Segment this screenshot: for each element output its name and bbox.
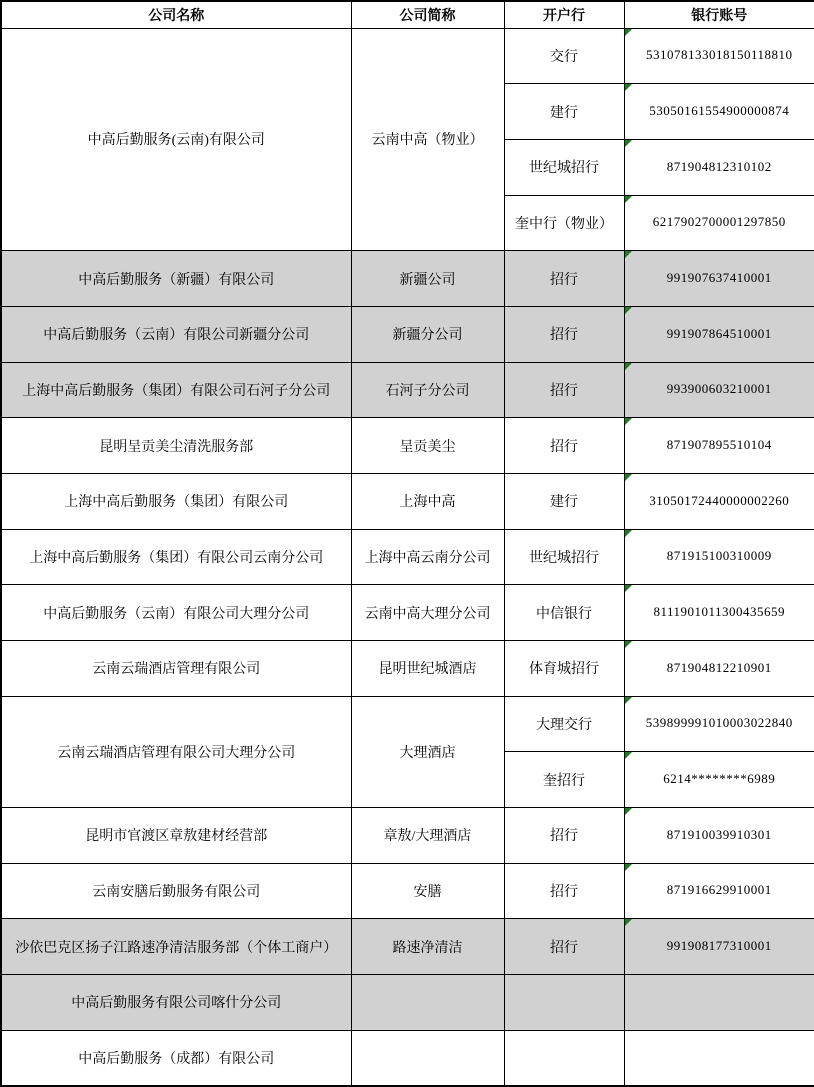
bank-branch-cell[interactable]: 世纪城招行 <box>504 529 624 585</box>
stored-as-text-flag-icon <box>625 752 632 759</box>
header-company-abbr[interactable]: 公司简称 <box>351 1 504 28</box>
account-number-cell[interactable]: 871915100310009 <box>624 529 814 585</box>
bank-branch-cell[interactable]: 招行 <box>504 306 624 362</box>
company-name-cell-text: 中高后勤服务（新疆）有限公司 <box>78 269 274 289</box>
company-abbr-cell[interactable]: 大理酒店 <box>351 696 504 807</box>
header-bank-branch[interactable]: 开户行 <box>504 1 624 28</box>
company-name-cell-text: 中高后勤服务(云南)有限公司 <box>88 129 265 149</box>
table-body: 中高后勤服务(云南)有限公司云南中高（物业）交行5310781330181501… <box>1 28 814 1086</box>
bank-branch-cell[interactable]: 招行 <box>504 807 624 863</box>
account-number-cell[interactable] <box>624 1030 814 1086</box>
company-abbr-cell[interactable] <box>351 974 504 1030</box>
company-name-cell-text: 中高后勤服务（云南）有限公司新疆分公司 <box>43 324 309 344</box>
company-abbr-cell[interactable] <box>351 1030 504 1086</box>
bank-branch-cell-text: 交行 <box>550 46 578 66</box>
company-abbr-cell[interactable]: 上海中高云南分公司 <box>351 529 504 585</box>
account-number-cell-text: 871907895510104 <box>667 437 772 453</box>
bank-branch-cell-text: 招行 <box>550 436 578 456</box>
table-row: 中高后勤服务（云南）有限公司大理分公司云南中高大理分公司中信银行81119010… <box>1 585 814 641</box>
account-number-cell-text: 53050161554900000874 <box>649 103 789 119</box>
bank-branch-cell-text: 招行 <box>550 937 578 957</box>
bank-branch-cell-text: 中信银行 <box>536 603 592 623</box>
company-name-cell[interactable]: 云南云瑞酒店管理有限公司大理分公司 <box>1 696 351 807</box>
header-bank-branch-label: 开户行 <box>543 5 585 25</box>
header-company-name-label: 公司名称 <box>148 5 204 25</box>
bank-branch-cell-text: 奎中行（物业） <box>515 213 613 233</box>
company-abbr-cell-text: 云南中高（物业） <box>372 129 484 149</box>
account-number-cell[interactable]: 6217902700001297850 <box>624 195 814 251</box>
account-number-cell-text: 871916629910001 <box>667 882 772 898</box>
account-number-cell-text: 531078133018150118810 <box>646 47 793 63</box>
account-number-cell[interactable]: 871904812210901 <box>624 640 814 696</box>
company-name-cell[interactable]: 云南云瑞酒店管理有限公司 <box>1 640 351 696</box>
bank-branch-cell[interactable]: 招行 <box>504 362 624 418</box>
bank-branch-cell-text: 奎招行 <box>543 770 585 790</box>
account-number-cell-text: 871904812310102 <box>667 159 772 175</box>
company-name-cell[interactable]: 上海中高后勤服务（集团）有限公司 <box>1 473 351 529</box>
company-abbr-cell[interactable]: 上海中高 <box>351 473 504 529</box>
bank-branch-cell[interactable]: 建行 <box>504 473 624 529</box>
bank-branch-cell[interactable] <box>504 974 624 1030</box>
bank-branch-cell-text: 招行 <box>550 269 578 289</box>
account-number-cell[interactable]: 991907864510001 <box>624 306 814 362</box>
bank-branch-cell-text: 体育城招行 <box>529 658 599 678</box>
table-row: 中高后勤服务（成都）有限公司 <box>1 1030 814 1086</box>
account-number-cell[interactable]: 53050161554900000874 <box>624 84 814 140</box>
company-abbr-cell-text: 大理酒店 <box>400 742 456 762</box>
bank-branch-cell-text: 建行 <box>550 491 578 511</box>
company-name-cell[interactable]: 上海中高后勤服务（集团）有限公司云南分公司 <box>1 529 351 585</box>
header-row: 公司名称 公司简称 开户行 银行账号 <box>1 1 814 28</box>
table-header: 公司名称 公司简称 开户行 银行账号 <box>1 1 814 28</box>
company-name-cell-text: 云南云瑞酒店管理有限公司大理分公司 <box>57 742 295 762</box>
company-name-cell[interactable]: 中高后勤服务（云南）有限公司新疆分公司 <box>1 306 351 362</box>
bank-branch-cell[interactable]: 交行 <box>504 28 624 84</box>
bank-branch-cell-text: 建行 <box>550 102 578 122</box>
bank-branch-cell-text: 大理交行 <box>536 714 592 734</box>
account-number-cell-text: 6217902700001297850 <box>653 214 786 230</box>
account-number-cell[interactable]: 993900603210001 <box>624 362 814 418</box>
table-row: 中高后勤服务(云南)有限公司云南中高（物业）交行5310781330181501… <box>1 28 814 84</box>
header-company-abbr-label: 公司简称 <box>400 5 456 25</box>
account-number-cell-text: 871904812210901 <box>667 660 772 676</box>
company-abbr-cell-text: 昆明世纪城酒店 <box>379 658 477 678</box>
company-abbr-cell-text: 呈贡美尘 <box>400 436 456 456</box>
company-abbr-cell[interactable]: 章敖/大理酒店 <box>351 807 504 863</box>
account-number-cell[interactable]: 991907637410001 <box>624 251 814 307</box>
company-abbr-cell-text: 上海中高云南分公司 <box>365 547 491 567</box>
company-abbr-cell-text: 上海中高 <box>400 491 456 511</box>
bank-branch-cell-text: 世纪城招行 <box>529 547 599 567</box>
stored-as-text-flag-icon <box>625 808 632 815</box>
account-number-cell[interactable]: 871910039910301 <box>624 807 814 863</box>
stored-as-text-flag-icon <box>625 641 632 648</box>
bank-branch-cell-text: 招行 <box>550 380 578 400</box>
company-name-cell-text: 沙依巴克区扬子江路速净清洁服务部（个体工商户） <box>15 937 337 957</box>
account-number-cell-text: 31050172440000002260 <box>649 493 789 509</box>
company-abbr-cell[interactable]: 新疆分公司 <box>351 306 504 362</box>
account-number-cell[interactable]: 6214********6989 <box>624 752 814 808</box>
company-abbr-cell[interactable]: 昆明世纪城酒店 <box>351 640 504 696</box>
company-abbr-cell[interactable]: 石河子分公司 <box>351 362 504 418</box>
company-name-cell[interactable]: 沙依巴克区扬子江路速净清洁服务部（个体工商户） <box>1 919 351 975</box>
stored-as-text-flag-icon <box>625 140 632 147</box>
stored-as-text-flag-icon <box>625 196 632 203</box>
bank-branch-cell[interactable]: 大理交行 <box>504 696 624 752</box>
stored-as-text-flag-icon <box>625 919 632 926</box>
table-row: 中高后勤服务有限公司喀什分公司 <box>1 974 814 1030</box>
account-number-cell[interactable] <box>624 974 814 1030</box>
company-name-cell[interactable]: 云南安膳后勤服务有限公司 <box>1 863 351 919</box>
company-abbr-cell[interactable]: 云南中高（物业） <box>351 28 504 251</box>
bank-branch-cell-text: 招行 <box>550 881 578 901</box>
bank-branch-cell-text: 招行 <box>550 825 578 845</box>
stored-as-text-flag-icon <box>625 29 632 36</box>
account-number-cell-text: 991907864510001 <box>667 326 772 342</box>
account-number-cell[interactable]: 871904812310102 <box>624 139 814 195</box>
bank-branch-cell[interactable]: 招行 <box>504 418 624 474</box>
table-row: 昆明市官渡区章敖建材经营部章敖/大理酒店招行871910039910301 <box>1 807 814 863</box>
company-abbr-cell-text: 章敖/大理酒店 <box>384 825 472 845</box>
bank-branch-cell[interactable]: 建行 <box>504 84 624 140</box>
company-name-cell-text: 上海中高后勤服务（集团）有限公司石河子分公司 <box>22 380 330 400</box>
company-abbr-cell[interactable]: 新疆公司 <box>351 251 504 307</box>
company-abbr-cell-text: 安膳 <box>414 881 442 901</box>
header-company-name[interactable]: 公司名称 <box>1 1 351 28</box>
account-number-cell[interactable]: 871916629910001 <box>624 863 814 919</box>
company-name-cell[interactable]: 上海中高后勤服务（集团）有限公司石河子分公司 <box>1 362 351 418</box>
stored-as-text-flag-icon <box>625 251 632 258</box>
company-name-cell[interactable]: 中高后勤服务（新疆）有限公司 <box>1 251 351 307</box>
bank-branch-cell-text: 世纪城招行 <box>529 157 599 177</box>
company-name-cell[interactable]: 中高后勤服务(云南)有限公司 <box>1 28 351 251</box>
company-name-cell[interactable]: 中高后勤服务有限公司喀什分公司 <box>1 974 351 1030</box>
table-row: 上海中高后勤服务（集团）有限公司上海中高建行310501724400000022… <box>1 473 814 529</box>
company-abbr-cell[interactable]: 路速净清洁 <box>351 919 504 975</box>
stored-as-text-flag-icon <box>625 864 632 871</box>
bank-branch-cell[interactable]: 奎招行 <box>504 752 624 808</box>
company-name-cell-text: 云南安膳后勤服务有限公司 <box>92 881 260 901</box>
account-number-cell-text: 6214********6989 <box>663 771 775 787</box>
account-number-cell-text: 871915100310009 <box>667 548 772 564</box>
company-name-cell-text: 中高后勤服务（云南）有限公司大理分公司 <box>43 603 309 623</box>
company-name-cell-text: 中高后勤服务（成都）有限公司 <box>78 1048 274 1068</box>
bank-branch-cell[interactable]: 中信银行 <box>504 585 624 641</box>
company-abbr-cell[interactable]: 呈贡美尘 <box>351 418 504 474</box>
account-number-cell[interactable]: 8111901011300435659 <box>624 585 814 641</box>
stored-as-text-flag-icon <box>625 585 632 592</box>
account-number-cell[interactable]: 31050172440000002260 <box>624 473 814 529</box>
bank-accounts-table: 公司名称 公司简称 开户行 银行账号 中高后勤服务(云南)有限公司云南中高（物业… <box>0 0 814 1087</box>
table-row: 中高后勤服务（新疆）有限公司新疆公司招行991907637410001 <box>1 251 814 307</box>
table-row: 沙依巴克区扬子江路速净清洁服务部（个体工商户）路速净清洁招行9919081773… <box>1 919 814 975</box>
company-abbr-cell-text: 路速净清洁 <box>393 937 463 957</box>
account-number-cell[interactable]: 991908177310001 <box>624 919 814 975</box>
bank-branch-cell[interactable]: 招行 <box>504 251 624 307</box>
table-row: 云南安膳后勤服务有限公司安膳招行871916629910001 <box>1 863 814 919</box>
company-name-cell[interactable]: 昆明市官渡区章敖建材经营部 <box>1 807 351 863</box>
account-number-cell[interactable]: 539899991010003022840 <box>624 696 814 752</box>
company-name-cell-text: 昆明市官渡区章敖建材经营部 <box>85 825 267 845</box>
company-name-cell[interactable]: 中高后勤服务（云南）有限公司大理分公司 <box>1 585 351 641</box>
bank-branch-cell[interactable]: 体育城招行 <box>504 640 624 696</box>
table-row: 上海中高后勤服务（集团）有限公司云南分公司上海中高云南分公司世纪城招行87191… <box>1 529 814 585</box>
account-number-cell-text: 993900603210001 <box>667 381 772 397</box>
account-number-cell-text: 871910039910301 <box>667 827 772 843</box>
account-number-cell-text: 991908177310001 <box>667 938 772 954</box>
account-number-cell-text: 539899991010003022840 <box>646 715 793 731</box>
company-name-cell-text: 中高后勤服务有限公司喀什分公司 <box>71 992 281 1012</box>
company-abbr-cell[interactable]: 云南中高大理分公司 <box>351 585 504 641</box>
company-name-cell-text: 上海中高后勤服务（集团）有限公司 <box>64 491 288 511</box>
company-abbr-cell-text: 新疆公司 <box>400 269 456 289</box>
stored-as-text-flag-icon <box>625 530 632 537</box>
stored-as-text-flag-icon <box>625 474 632 481</box>
company-abbr-cell-text: 新疆分公司 <box>393 324 463 344</box>
bank-branch-cell-text: 招行 <box>550 324 578 344</box>
account-number-cell[interactable]: 531078133018150118810 <box>624 28 814 84</box>
company-abbr-cell-text: 石河子分公司 <box>386 380 470 400</box>
stored-as-text-flag-icon <box>625 697 632 704</box>
stored-as-text-flag-icon <box>625 363 632 370</box>
table-row: 上海中高后勤服务（集团）有限公司石河子分公司石河子分公司招行9939006032… <box>1 362 814 418</box>
bank-branch-cell[interactable]: 世纪城招行 <box>504 139 624 195</box>
header-account-number-label: 银行账号 <box>691 5 747 25</box>
company-abbr-cell[interactable]: 安膳 <box>351 863 504 919</box>
header-account-number[interactable]: 银行账号 <box>624 1 814 28</box>
company-abbr-cell-text: 云南中高大理分公司 <box>365 603 491 623</box>
table-row: 云南云瑞酒店管理有限公司大理分公司大理酒店大理交行539899991010003… <box>1 696 814 752</box>
account-number-cell-text: 8111901011300435659 <box>653 604 785 620</box>
account-number-cell-text: 991907637410001 <box>667 270 772 286</box>
bank-branch-cell[interactable]: 招行 <box>504 863 624 919</box>
table-row: 云南云瑞酒店管理有限公司昆明世纪城酒店体育城招行871904812210901 <box>1 640 814 696</box>
bank-branch-cell[interactable]: 奎中行（物业） <box>504 195 624 251</box>
company-name-cell[interactable]: 中高后勤服务（成都）有限公司 <box>1 1030 351 1086</box>
stored-as-text-flag-icon <box>625 307 632 314</box>
table-row: 中高后勤服务（云南）有限公司新疆分公司新疆分公司招行99190786451000… <box>1 306 814 362</box>
stored-as-text-flag-icon <box>625 418 632 425</box>
account-number-cell[interactable]: 871907895510104 <box>624 418 814 474</box>
stored-as-text-flag-icon <box>625 84 632 91</box>
company-name-cell[interactable]: 昆明呈贡美尘清洗服务部 <box>1 418 351 474</box>
bank-branch-cell[interactable] <box>504 1030 624 1086</box>
company-name-cell-text: 昆明呈贡美尘清洗服务部 <box>99 436 253 456</box>
bank-branch-cell[interactable]: 招行 <box>504 919 624 975</box>
company-name-cell-text: 云南云瑞酒店管理有限公司 <box>92 658 260 678</box>
company-name-cell-text: 上海中高后勤服务（集团）有限公司云南分公司 <box>29 547 323 567</box>
table-row: 昆明呈贡美尘清洗服务部呈贡美尘招行871907895510104 <box>1 418 814 474</box>
